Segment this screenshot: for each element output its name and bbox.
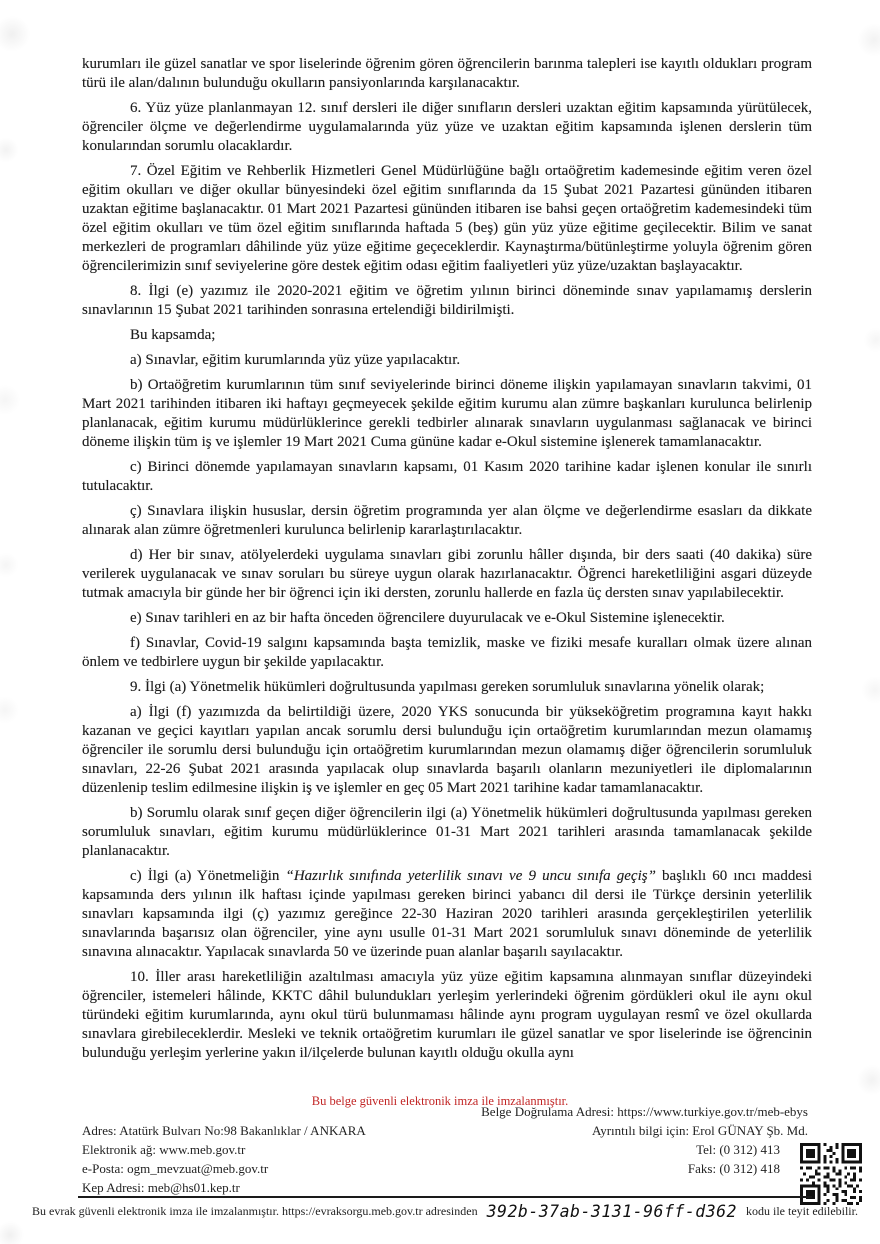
- website-address: Elektronik ağ: www.meb.gov.tr: [82, 1140, 366, 1159]
- paragraph-item-8c: c) Birinci dönemde yapılamayan sınavları…: [82, 458, 812, 496]
- footer-divider: [78, 1196, 812, 1198]
- paragraph-bu-kapsamda: Bu kapsamda;: [82, 326, 812, 345]
- contact-person: Ayrıntılı bilgi için: Erol GÜNAY Şb. Md.: [481, 1121, 808, 1140]
- paragraph-item-8b: b) Ortaöğretim kurumlarının tüm sınıf se…: [82, 376, 812, 452]
- verification-prefix: Bu evrak güvenli elektronik imza ile imz…: [32, 1204, 478, 1219]
- postal-address: Adres: Atatürk Bulvarı No:98 Bakanlıklar…: [82, 1121, 366, 1140]
- paragraph-item-8e: e) Sınav tarihleri en az bir hafta önced…: [82, 609, 812, 628]
- paragraph-item-8f: f) Sınavlar, Covid-19 salgını kapsamında…: [82, 634, 812, 672]
- footer-left-column: Adres: Atatürk Bulvarı No:98 Bakanlıklar…: [82, 1121, 366, 1197]
- verification-line: Bu evrak güvenli elektronik imza ile imz…: [78, 1202, 812, 1221]
- paragraph-item-7: 7. Özel Eğitim ve Rehberlik Hizmetleri G…: [82, 162, 812, 276]
- paragraph-item-9: 9. İlgi (a) Yönetmelik hükümleri doğrult…: [82, 678, 812, 697]
- paragraph-item-9b: b) Sorumlu olarak sınıf geçen diğer öğre…: [82, 804, 812, 861]
- fax-number: Faks: (0 312) 418: [481, 1159, 780, 1178]
- verification-suffix: kodu ile teyit edilebilir.: [746, 1204, 858, 1219]
- footer-right-column: Belge Doğrulama Adresi: https://www.turk…: [481, 1102, 808, 1178]
- paragraph-item-10: 10. İller arası hareketliliğin azaltılma…: [82, 968, 812, 1063]
- verification-code: 392b-37ab-3131-96ff-d362: [487, 1202, 737, 1221]
- paragraph-item-8cc: ç) Sınavlara ilişkin hususlar, dersin öğ…: [82, 502, 812, 540]
- document-verification-address: Belge Doğrulama Adresi: https://www.turk…: [481, 1102, 808, 1121]
- document-page: kurumları ile güzel sanatlar ve spor lis…: [0, 0, 880, 1244]
- paragraph-item-9a: a) İlgi (f) yazımızda da belirtildiği üz…: [82, 703, 812, 798]
- paragraph-text: c) İlgi (a) Yönetmeliğin: [130, 868, 285, 884]
- paragraph-item-9c: c) İlgi (a) Yönetmeliğin “Hazırlık sınıf…: [82, 867, 812, 962]
- paragraph-item-8: 8. İlgi (e) yazımız ile 2020-2021 eğitim…: [82, 282, 812, 320]
- kep-address: Kep Adresi: meb@hs01.kep.tr: [82, 1178, 366, 1197]
- quoted-regulation-title: “Hazırlık sınıfında yeterlilik sınavı ve…: [285, 868, 655, 884]
- document-body: kurumları ile güzel sanatlar ve spor lis…: [82, 55, 812, 1069]
- paragraph: kurumları ile güzel sanatlar ve spor lis…: [82, 55, 812, 93]
- paragraph-item-6: 6. Yüz yüze planlanmayan 12. sınıf dersl…: [82, 99, 812, 156]
- paragraph-item-8a: a) Sınavlar, eğitim kurumlarında yüz yüz…: [82, 351, 812, 370]
- paragraph-item-8d: d) Her bir sınav, atölyelerdeki uygulama…: [82, 546, 812, 603]
- email-address: e-Posta: ogm_mevzuat@meb.gov.tr: [82, 1159, 366, 1178]
- phone-number: Tel: (0 312) 413: [481, 1140, 780, 1159]
